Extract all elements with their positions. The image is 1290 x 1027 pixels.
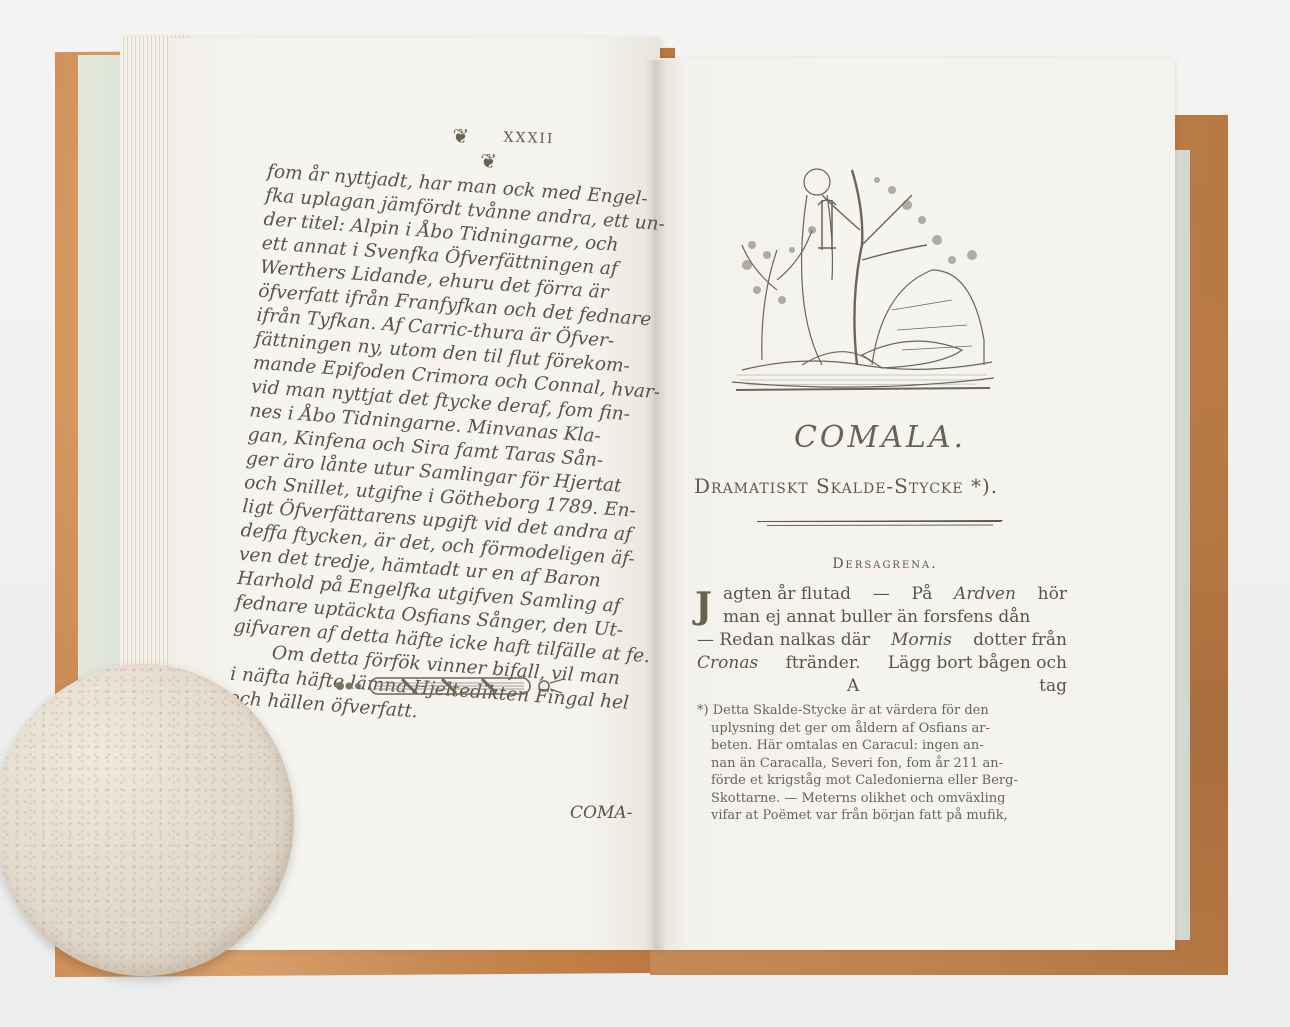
catchword: COMA- xyxy=(570,803,632,823)
page-number: XXXII xyxy=(503,129,554,147)
running-head: ❦ XXXII ❦ xyxy=(394,122,586,177)
dramatis-personae-heading: Dersagrena. xyxy=(700,556,1070,572)
stone-texture xyxy=(0,664,294,976)
footnote-line: beten. Här omtalas en Caracul: ingen an- xyxy=(697,737,1067,755)
left-page-text: fom år nyttjadt, har man ock med Engel- … xyxy=(228,160,652,739)
text-line: A tag xyxy=(697,675,1067,698)
text-line: Cronas ftränder. Lägg bort bågen och xyxy=(697,652,1067,675)
text-line: — Redan nalkas där Mornis dotter från xyxy=(697,629,1067,652)
stone-page-weight xyxy=(0,664,294,976)
footnote-line: nan än Caracalla, Severi fon, fom år 211… xyxy=(697,755,1067,773)
ornamental-rule-icon xyxy=(332,675,568,697)
footnote: *) Detta Skalde-Stycke är at värdera för… xyxy=(697,702,1067,825)
chapter-subtitle: Dramatiskt Skalde-Stycke *). xyxy=(694,474,1094,498)
footnote-line: Skottarne. — Meterns olikhet och omväxli… xyxy=(697,790,1067,808)
right-page-text: agten år flutad — På Ardven hör man ej a… xyxy=(697,583,1067,698)
text-line: agten år flutad — På Ardven hör xyxy=(697,583,1067,606)
fleuron-icon: ❦ xyxy=(452,124,472,149)
footnote-line: uplysning det ger om åldern af Osfians a… xyxy=(697,720,1067,738)
double-rule-divider xyxy=(757,518,1003,528)
text-line: man ej annat buller än forsfens dån xyxy=(697,606,1067,629)
footnote-line: förde et krigståg mot Caledonierna eller… xyxy=(697,772,1067,790)
woodcut-illustration-icon xyxy=(722,150,1002,400)
footnote-line: vifar at Poëmet var från början fatt på … xyxy=(697,807,1067,825)
chapter-title: COMALA. xyxy=(700,420,1060,455)
footnote-line: *) Detta Skalde-Stycke är at värdera för… xyxy=(697,702,1067,720)
fleuron-icon: ❦ xyxy=(480,149,500,174)
